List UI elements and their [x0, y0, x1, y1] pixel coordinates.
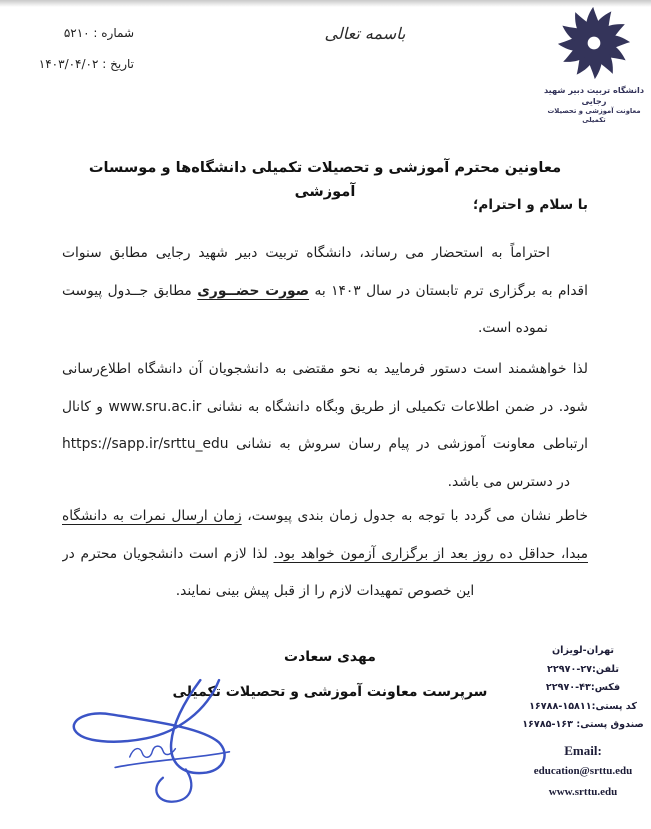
body-line: احتراماً به استحضار می رساند، دانشگاه تر…	[62, 235, 588, 273]
contact-line: تهران-لویزان	[516, 642, 650, 661]
body-text: لذا لازم است دانشجویان محترم در	[62, 546, 273, 562]
body-line: ارتباطی معاونت آموزشی در پیام رسان سروش …	[62, 426, 588, 464]
scanned-letter-page: شماره : ۵۲۱۰ تاریخ : ۱۴۰۳/۰۴/۰۲ باسمه تع…	[0, 0, 651, 829]
body-text: نموده است.	[478, 320, 548, 336]
contact-line: فکس:۴۳-۲۲۹۷۰	[516, 679, 650, 698]
handwritten-signature-icon	[60, 676, 270, 811]
signer-name: مهدی سعادت	[150, 646, 510, 668]
letter-number: شماره : ۵۲۱۰	[24, 18, 134, 49]
url-text: www.sru.ac.ir	[108, 399, 201, 415]
body-line: مبدا، حداقل ده روز بعد از برگزاری آزمون …	[62, 536, 588, 574]
body-line: خاطر نشان می گردد با توجه به جدول زمان ب…	[62, 498, 588, 536]
university-logo-block: دانشگاه تربیت دبیر شهید رجایی معاونت آمو…	[540, 2, 648, 125]
university-logo-icon	[553, 2, 635, 84]
body-line: این خصوص تمهیدات لازم را از قبل پیش بینی…	[62, 573, 588, 611]
body-text: مطابق جــدول پیوست	[62, 283, 197, 299]
body-line: نموده است.	[62, 310, 588, 348]
contact-line: کد پستی:۱۵۸۱۱-۱۶۷۸۸	[516, 698, 650, 717]
salutation: با سلام و احترام؛	[62, 194, 588, 216]
body-text: ارتباطی معاونت آموزشی در پیام رسان سروش …	[228, 436, 588, 452]
body-text: مبدا، حداقل ده روز بعد از برگزاری آزمون …	[273, 546, 588, 562]
url-text: https://sapp.ir/srttu_edu	[62, 436, 228, 452]
body-text: این خصوص تمهیدات لازم را از قبل پیش بینی…	[176, 583, 475, 599]
university-name: دانشگاه تربیت دبیر شهید رجایی	[540, 85, 648, 107]
contact-line: تلفن:۲۷-۲۲۹۷۰	[516, 661, 650, 680]
body-line: اقدام به برگزاری ترم تابستان در سال ۱۴۰۳…	[62, 273, 588, 311]
body-text: زمان ارسال نمرات به دانشگاه	[62, 508, 242, 524]
body-text: لذا خواهشمند است دستور فرمایید به نحو مق…	[62, 361, 588, 377]
body-text: اقدام به برگزاری ترم تابستان در سال ۱۴۰۳…	[309, 283, 588, 299]
body-text: در دسترس می باشد.	[448, 474, 570, 490]
email-address: education@srttu.edu	[516, 761, 650, 782]
body-text: احتراماً به استحضار می رساند، دانشگاه تر…	[62, 245, 550, 273]
body-paragraph: خاطر نشان می گردد با توجه به جدول زمان ب…	[62, 498, 588, 611]
website-address: www.srttu.edu	[516, 782, 650, 803]
contact-line: صندوق پستی: ۱۶۳-۱۶۷۸۵	[516, 716, 650, 735]
email-label: Email:	[516, 741, 650, 761]
body-paragraph: احتراماً به استحضار می رساند، دانشگاه تر…	[62, 235, 588, 348]
body-text: و کانال	[62, 399, 108, 415]
body-text: صورت حضــوری	[197, 283, 309, 299]
letter-meta: شماره : ۵۲۱۰ تاریخ : ۱۴۰۳/۰۴/۰۲	[24, 18, 134, 80]
letter-date: تاریخ : ۱۴۰۳/۰۴/۰۲	[24, 49, 134, 80]
contact-lines: تهران-لویزانتلفن:۲۷-۲۲۹۷۰فکس:۴۳-۲۲۹۷۰کد …	[516, 642, 650, 735]
university-department: معاونت آموزشی و تحصیلات تکمیلی	[540, 107, 648, 125]
body-line: شود. در ضمن اطلاعات تکمیلی از طریق وبگاه…	[62, 389, 588, 427]
body-line: لذا خواهشمند است دستور فرمایید به نحو مق…	[62, 351, 588, 389]
body-text: شود. در ضمن اطلاعات تکمیلی از طریق وبگاه…	[201, 399, 588, 415]
body-text: خاطر نشان می گردد با توجه به جدول زمان ب…	[242, 508, 588, 524]
contact-info-block: تهران-لویزانتلفن:۲۷-۲۲۹۷۰فکس:۴۳-۲۲۹۷۰کد …	[516, 642, 650, 803]
body-paragraph: لذا خواهشمند است دستور فرمایید به نحو مق…	[62, 351, 588, 501]
body-line: در دسترس می باشد.	[62, 464, 588, 502]
besmele-text: باسمه تعالی	[295, 24, 435, 43]
